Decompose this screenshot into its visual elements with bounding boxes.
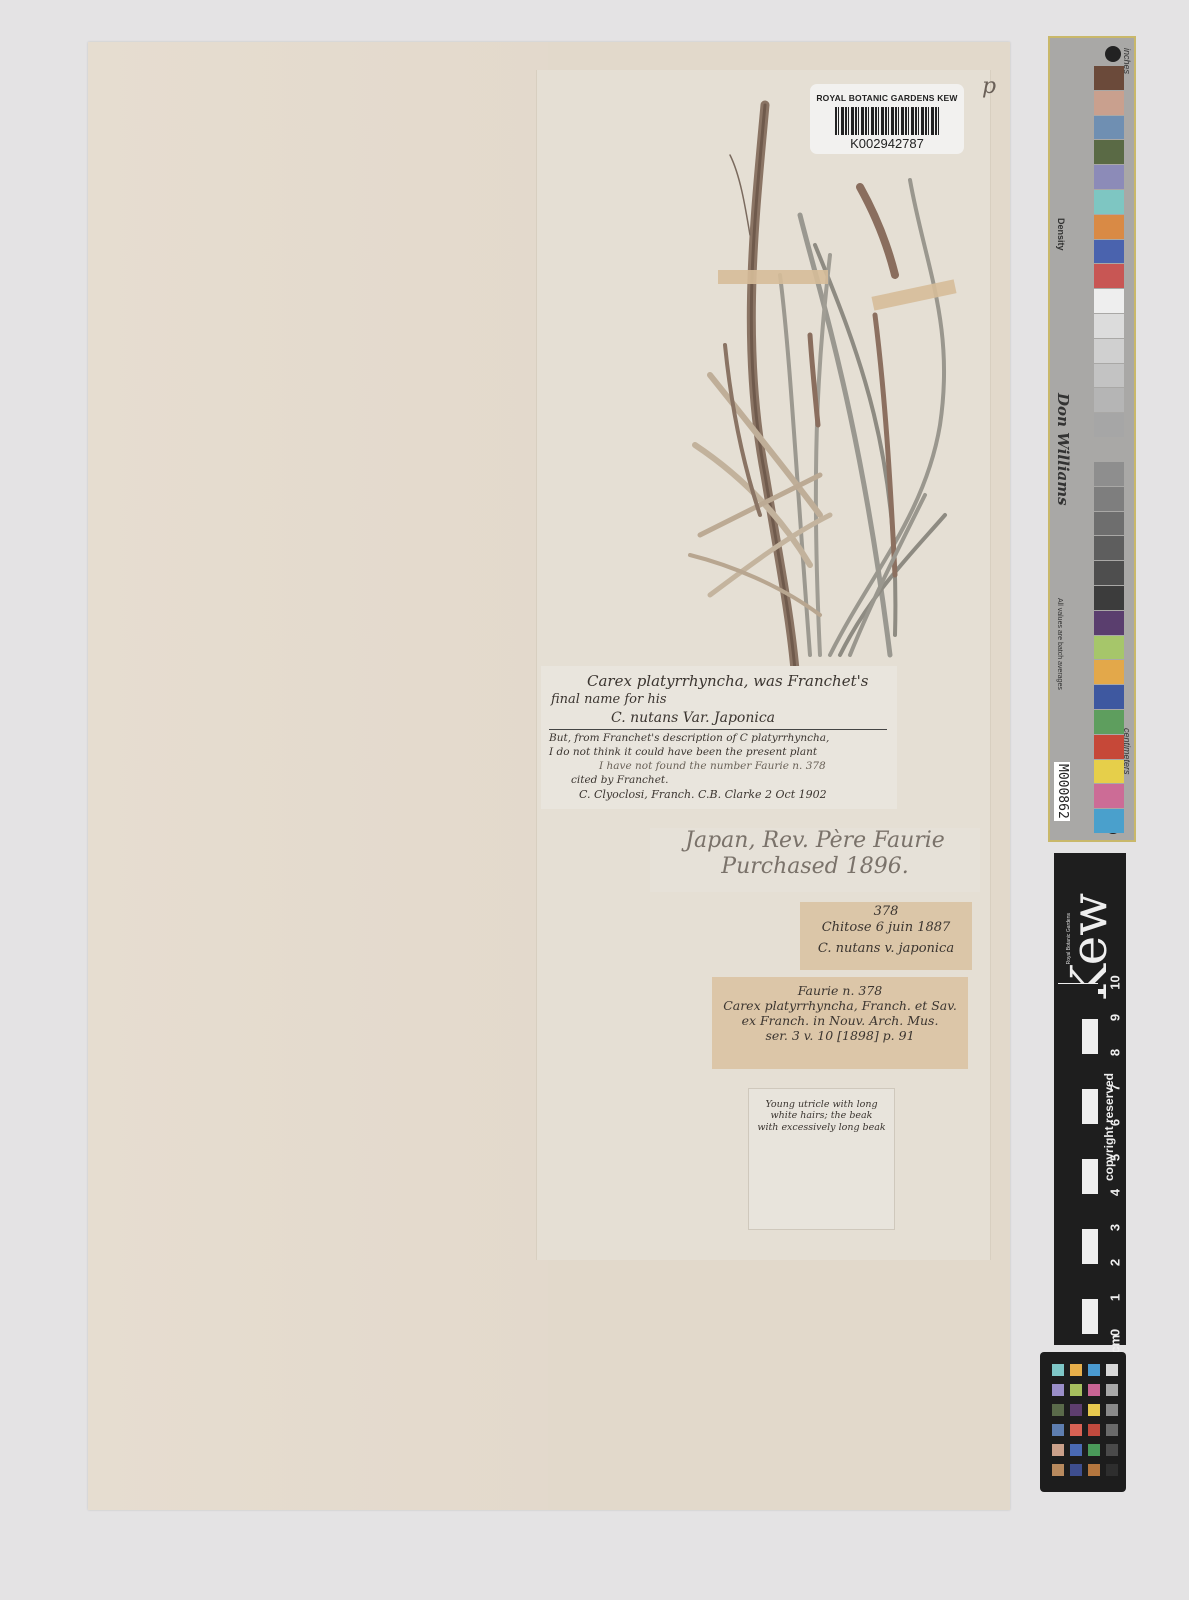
color-swatch	[1094, 413, 1124, 437]
color-swatch	[1094, 165, 1124, 189]
ruler-hole	[1105, 46, 1121, 62]
locality-label: Japan, Rev. Père Faurie Purchased 1896.	[650, 828, 980, 892]
checker-patch	[1052, 1404, 1064, 1416]
scale-digit: 6	[1108, 1114, 1123, 1132]
scale-digit: 3	[1108, 1219, 1123, 1237]
scale-segment	[1058, 1228, 1098, 1264]
color-swatch	[1094, 660, 1124, 684]
scale-segment	[1058, 1018, 1098, 1054]
scale-digit: 1	[1108, 1289, 1123, 1307]
color-swatch	[1094, 116, 1124, 140]
checker-patch	[1070, 1444, 1082, 1456]
checker-patch	[1052, 1384, 1064, 1396]
color-swatch	[1094, 784, 1124, 808]
corner-mark: p	[982, 74, 996, 99]
checker-patch	[1070, 1464, 1082, 1476]
ruler-footnote: All values are batch averages	[1056, 598, 1063, 690]
checker-patch	[1106, 1424, 1118, 1436]
color-swatch	[1094, 314, 1124, 338]
color-swatch	[1094, 735, 1124, 759]
ruler-brand: Don Williams	[1054, 393, 1072, 506]
checker-patch	[1088, 1444, 1100, 1456]
scale-digit: 5	[1108, 1149, 1123, 1167]
carex-specimen	[670, 95, 970, 675]
kew-scale-bar: Kew Royal Botanic Gardens copyright rese…	[1054, 853, 1126, 1345]
color-swatch	[1094, 561, 1124, 585]
checker-patch	[1070, 1424, 1082, 1436]
scale-digit: 7	[1108, 1079, 1123, 1097]
color-swatch	[1094, 240, 1124, 264]
color-swatch	[1094, 91, 1124, 115]
scale-segment	[1058, 1263, 1098, 1299]
checker-patch	[1052, 1444, 1064, 1456]
color-swatch	[1094, 685, 1124, 709]
checker-patch	[1106, 1464, 1118, 1476]
color-swatch	[1094, 462, 1124, 486]
checker-patch	[1106, 1404, 1118, 1416]
color-swatch	[1094, 264, 1124, 288]
scale-segment	[1058, 1298, 1098, 1334]
density-label: Density	[1056, 218, 1066, 251]
color-swatch	[1094, 388, 1124, 412]
color-checker-card	[1040, 1352, 1126, 1492]
color-swatch	[1094, 760, 1124, 784]
sheet-fold-left	[88, 42, 548, 1510]
color-swatch	[1094, 487, 1124, 511]
checker-patch	[1052, 1464, 1064, 1476]
color-swatch	[1094, 809, 1124, 833]
color-swatch	[1094, 140, 1124, 164]
color-swatch	[1094, 586, 1124, 610]
color-swatch	[1094, 364, 1124, 388]
scale-digit: 8	[1108, 1044, 1123, 1062]
scale-segment	[1058, 1123, 1098, 1159]
checker-patch	[1088, 1464, 1100, 1476]
color-swatch	[1094, 289, 1124, 313]
checker-patch	[1106, 1384, 1118, 1396]
checker-patch	[1070, 1404, 1082, 1416]
scale-segment	[1058, 1193, 1098, 1229]
checker-patch	[1088, 1384, 1100, 1396]
color-swatch	[1094, 636, 1124, 660]
color-swatch	[1094, 536, 1124, 560]
checker-patch	[1052, 1424, 1064, 1436]
checker-patch	[1088, 1424, 1100, 1436]
field-label: 378 Chitose 6 juin 1887 C. nutans v. jap…	[800, 902, 972, 970]
kew-subtitle: Royal Botanic Gardens	[1066, 913, 1072, 964]
scale-digit: 2	[1108, 1254, 1123, 1272]
checker-patch	[1106, 1364, 1118, 1376]
divider	[549, 729, 887, 730]
units-centimeters: centimeters	[1122, 728, 1132, 775]
determination-label: Carex platyrrhyncha, was Franchet's fina…	[541, 666, 897, 809]
units-inches: inches	[1122, 48, 1132, 74]
scale-units: cm	[1108, 1336, 1123, 1354]
ruler-id: M000862	[1054, 762, 1070, 821]
note-packet: Young utricle with long white hairs; the…	[748, 1088, 895, 1230]
color-swatch	[1094, 611, 1124, 635]
checker-patch	[1052, 1364, 1064, 1376]
color-swatch	[1094, 339, 1124, 363]
scale-segment	[1058, 1088, 1098, 1124]
checker-patch	[1088, 1404, 1100, 1416]
scale-segment	[1058, 1158, 1098, 1194]
color-swatch	[1094, 512, 1124, 536]
scale-digit: 4	[1108, 1184, 1123, 1202]
reference-label: Faurie n. 378 Carex platyrrhyncha, Franc…	[712, 977, 968, 1069]
color-swatch	[1094, 66, 1124, 90]
color-swatch	[1094, 215, 1124, 239]
mounting-tape	[718, 270, 828, 284]
scale-segment	[1058, 1053, 1098, 1089]
color-calibration-ruler: inches centimeters Density Don Williams …	[1048, 36, 1136, 842]
color-swatch	[1094, 710, 1124, 734]
scale-segment	[1058, 983, 1098, 1019]
checker-patch	[1070, 1384, 1082, 1396]
color-swatch	[1094, 190, 1124, 214]
scale-digit: 9	[1108, 1009, 1123, 1027]
checker-patch	[1070, 1364, 1082, 1376]
scale-digit: 10	[1108, 974, 1123, 992]
checker-patch	[1088, 1364, 1100, 1376]
checker-patch	[1106, 1444, 1118, 1456]
